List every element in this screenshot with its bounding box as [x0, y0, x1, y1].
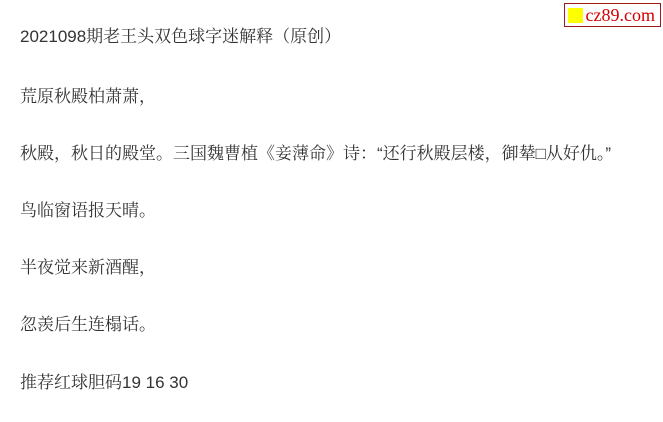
logo-text: cz89.com	[586, 6, 655, 24]
site-logo[interactable]: cz89.com	[564, 3, 661, 27]
poem-line: 半夜觉来新酒醒，	[20, 257, 643, 279]
article-body: 2021098期老王头双色球字迷解释（原创） 荒原秋殿柏萧萧， 秋殿，秋日的殿堂…	[0, 0, 663, 394]
poem-line: 忽羡后生连榻话。	[20, 314, 643, 336]
recommendation-line: 推荐红球胆码19 16 30	[20, 372, 643, 394]
explanation-line: 秋殿，秋日的殿堂。三国魏曹植《妾薄命》诗：“还行秋殿层楼，御辇□从好仇。”	[20, 143, 643, 165]
poem-line: 鸟临窗语报天晴。	[20, 200, 643, 222]
page-title: 2021098期老王头双色球字迷解释（原创）	[20, 26, 643, 48]
logo-square-icon	[568, 8, 583, 23]
poem-line: 荒原秋殿柏萧萧，	[20, 86, 643, 108]
